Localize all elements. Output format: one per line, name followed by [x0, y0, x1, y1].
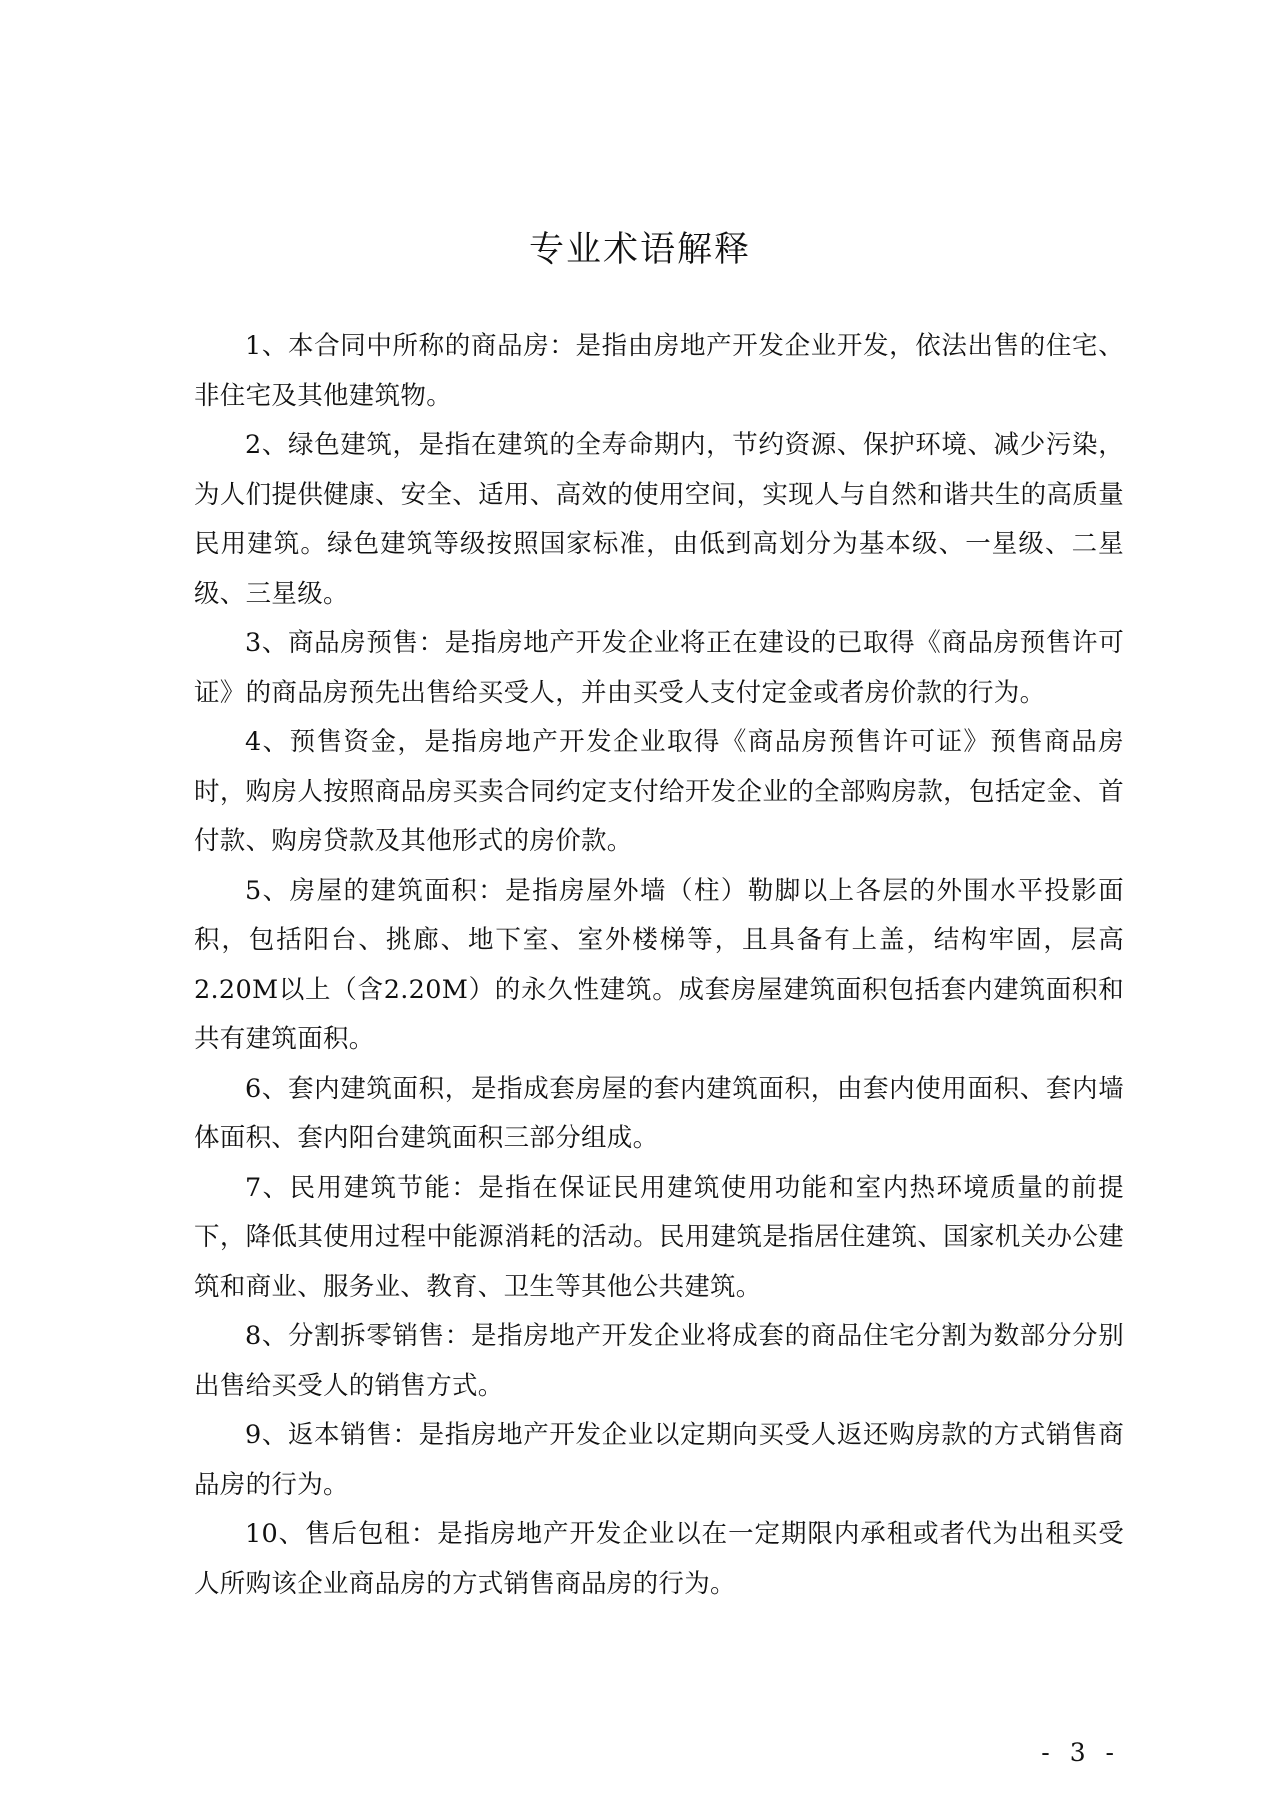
terms-list: 1、本合同中所称的商品房：是指由房地产开发企业开发，依法出售的住宅、非住宅及其他…	[194, 322, 1124, 1609]
page-title: 专业术语解释	[0, 222, 1280, 272]
term-paragraph: 9、返本销售：是指房地产开发企业以定期向买受人返还购房款的方式销售商品房的行为。	[194, 1411, 1124, 1510]
term-paragraph: 6、套内建筑面积，是指成套房屋的套内建筑面积，由套内使用面积、套内墙体面积、套内…	[194, 1065, 1124, 1164]
term-paragraph: 1、本合同中所称的商品房：是指由房地产开发企业开发，依法出售的住宅、非住宅及其他…	[194, 322, 1124, 421]
term-paragraph: 10、售后包租：是指房地产开发企业以在一定期限内承租或者代为出租买受人所购该企业…	[194, 1510, 1124, 1609]
term-paragraph: 2、绿色建筑，是指在建筑的全寿命期内，节约资源、保护环境、减少污染，为人们提供健…	[194, 421, 1124, 619]
term-paragraph: 5、房屋的建筑面积：是指房屋外墙（柱）勒脚以上各层的外围水平投影面积，包括阳台、…	[194, 867, 1124, 1065]
term-paragraph: 7、民用建筑节能：是指在保证民用建筑使用功能和室内热环境质量的前提下，降低其使用…	[194, 1164, 1124, 1313]
term-paragraph: 8、分割拆零销售：是指房地产开发企业将成套的商品住宅分割为数部分分别出售给买受人…	[194, 1312, 1124, 1411]
term-paragraph: 4、预售资金，是指房地产开发企业取得《商品房预售许可证》预售商品房时，购房人按照…	[194, 718, 1124, 867]
term-paragraph: 3、商品房预售：是指房地产开发企业将正在建设的已取得《商品房预售许可证》的商品房…	[194, 619, 1124, 718]
page-number: - 3 -	[1041, 1738, 1120, 1767]
